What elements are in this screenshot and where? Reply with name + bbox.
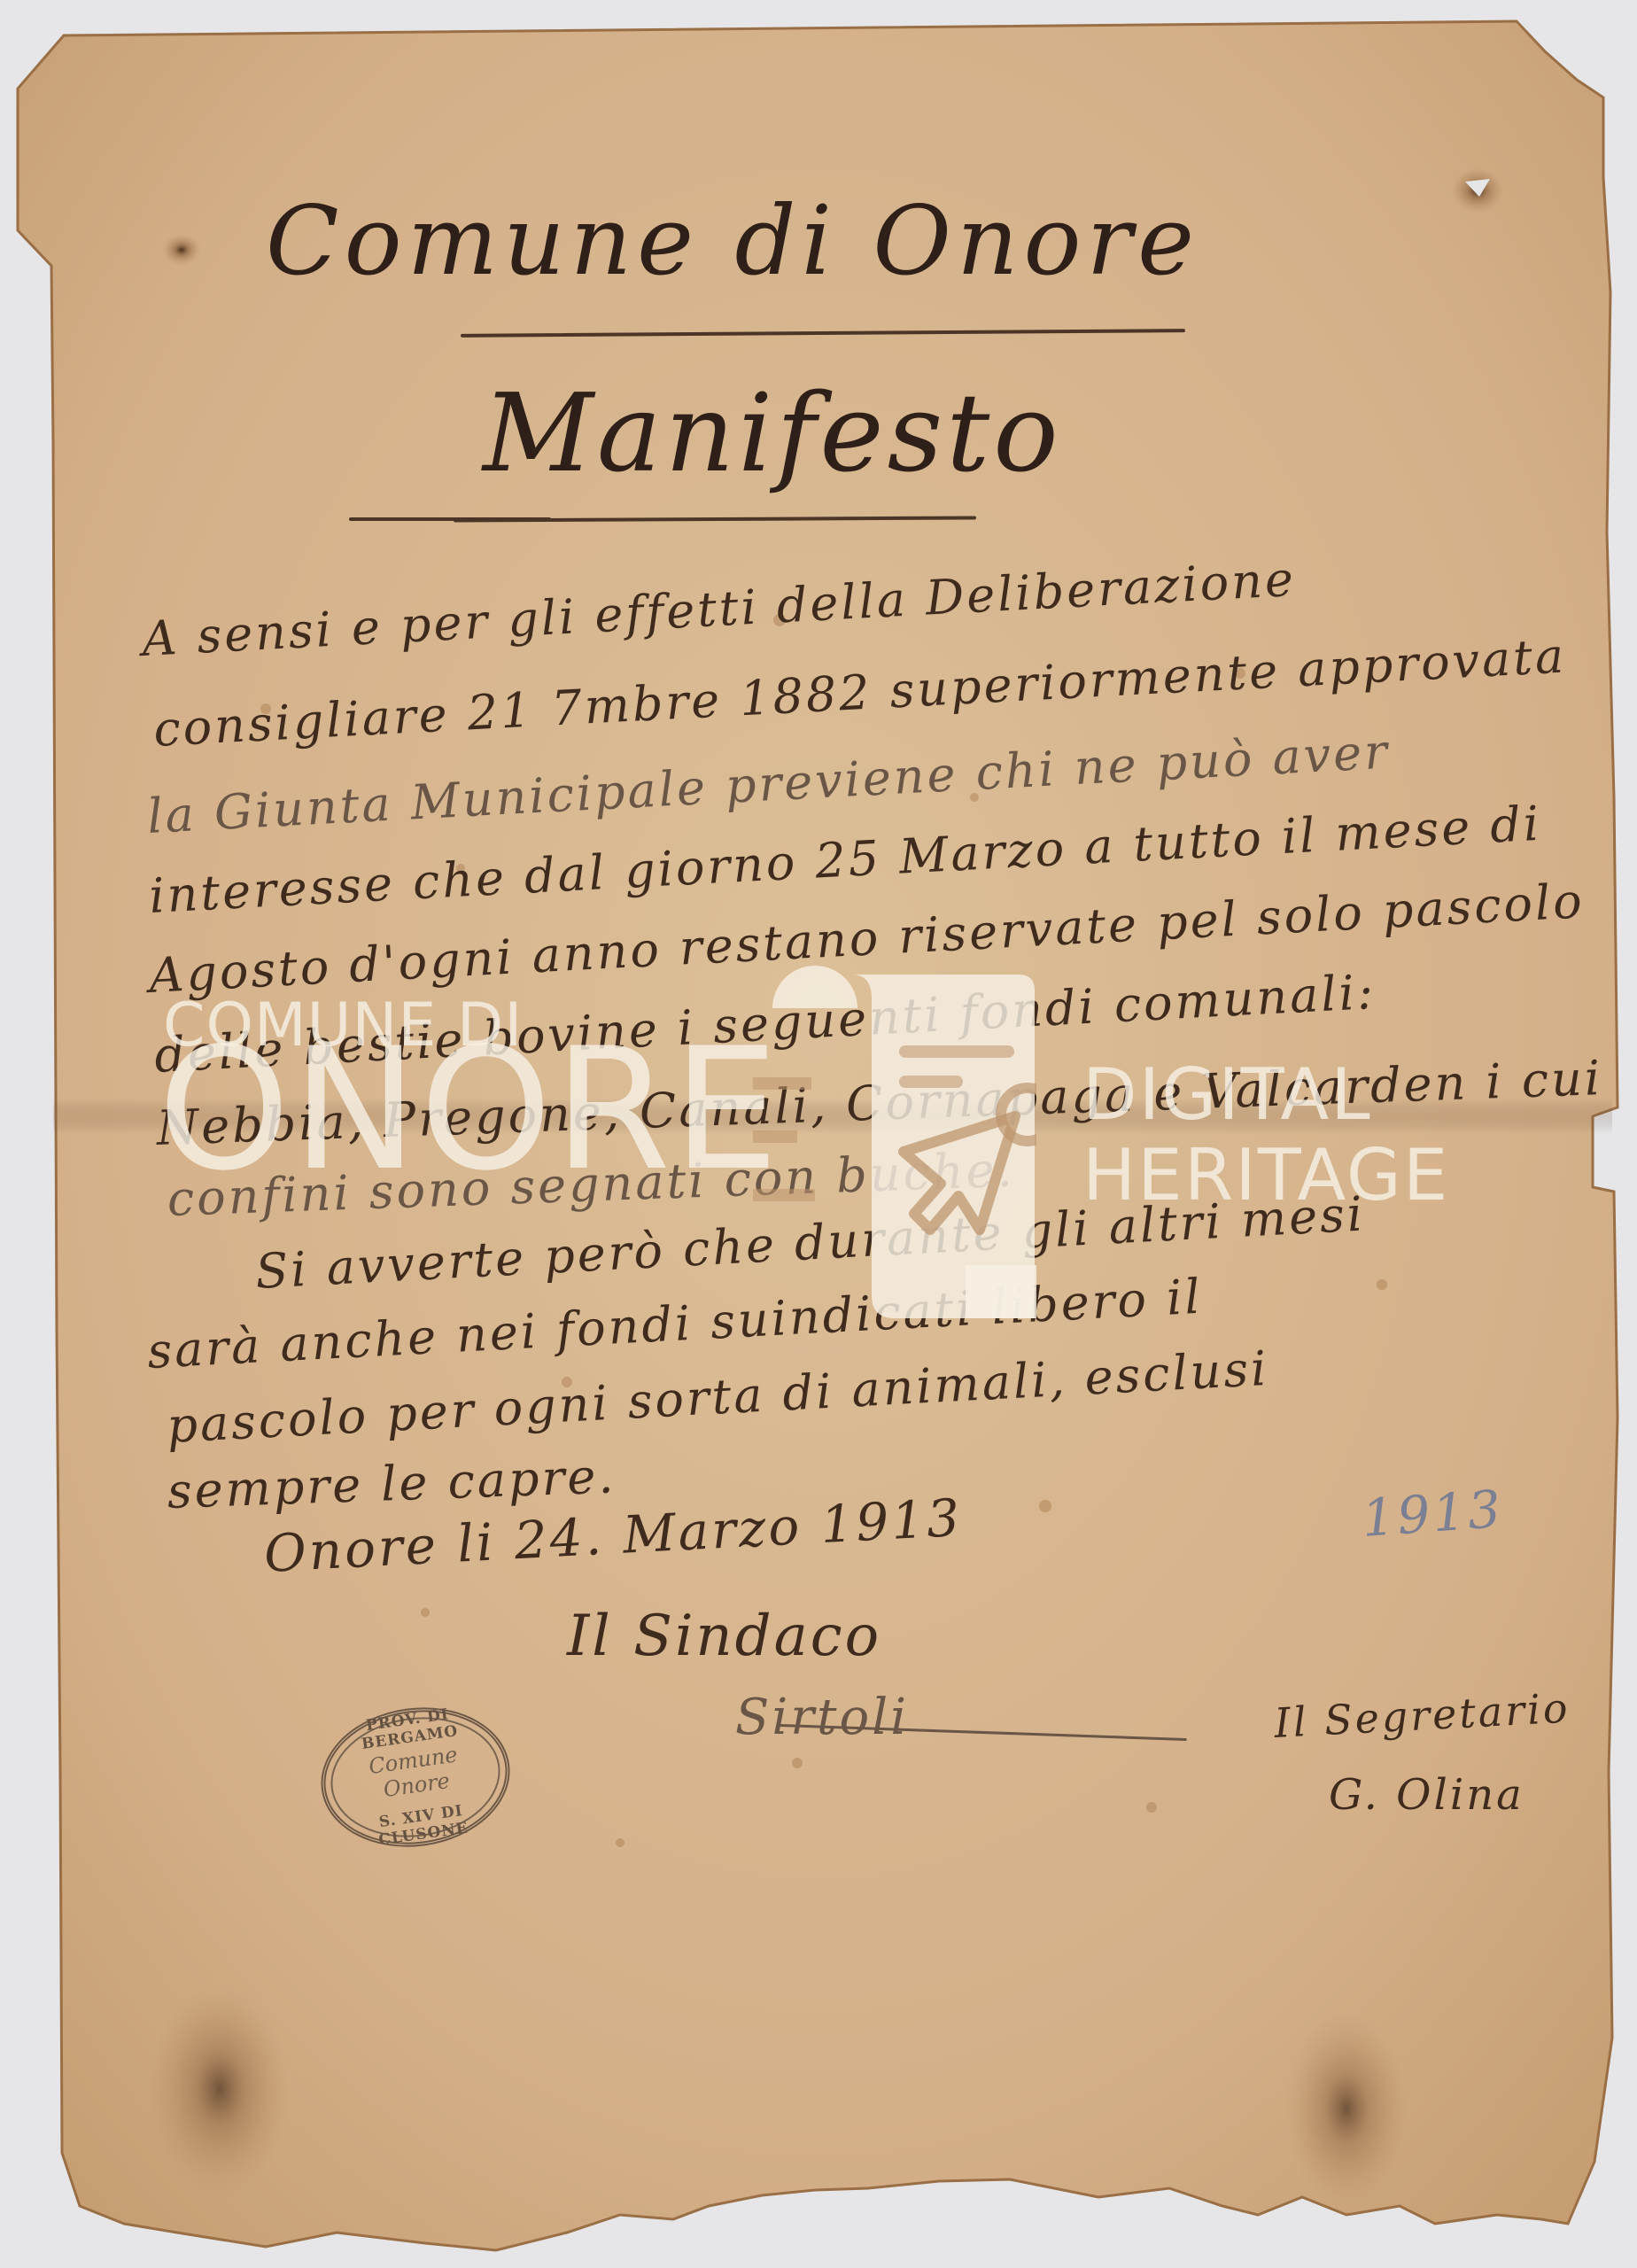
document-header: Comune di Onore <box>266 186 1199 297</box>
mayor-signature: Sirtoli <box>735 1689 909 1746</box>
mayor-title: Il Sindaco <box>567 1604 881 1669</box>
scroll-cursor-icon <box>753 964 1036 1318</box>
document-title: Manifesto <box>483 370 1062 496</box>
date-correction: 1913 <box>1360 1479 1505 1549</box>
secretary-signature: G. Olina <box>1329 1770 1525 1820</box>
